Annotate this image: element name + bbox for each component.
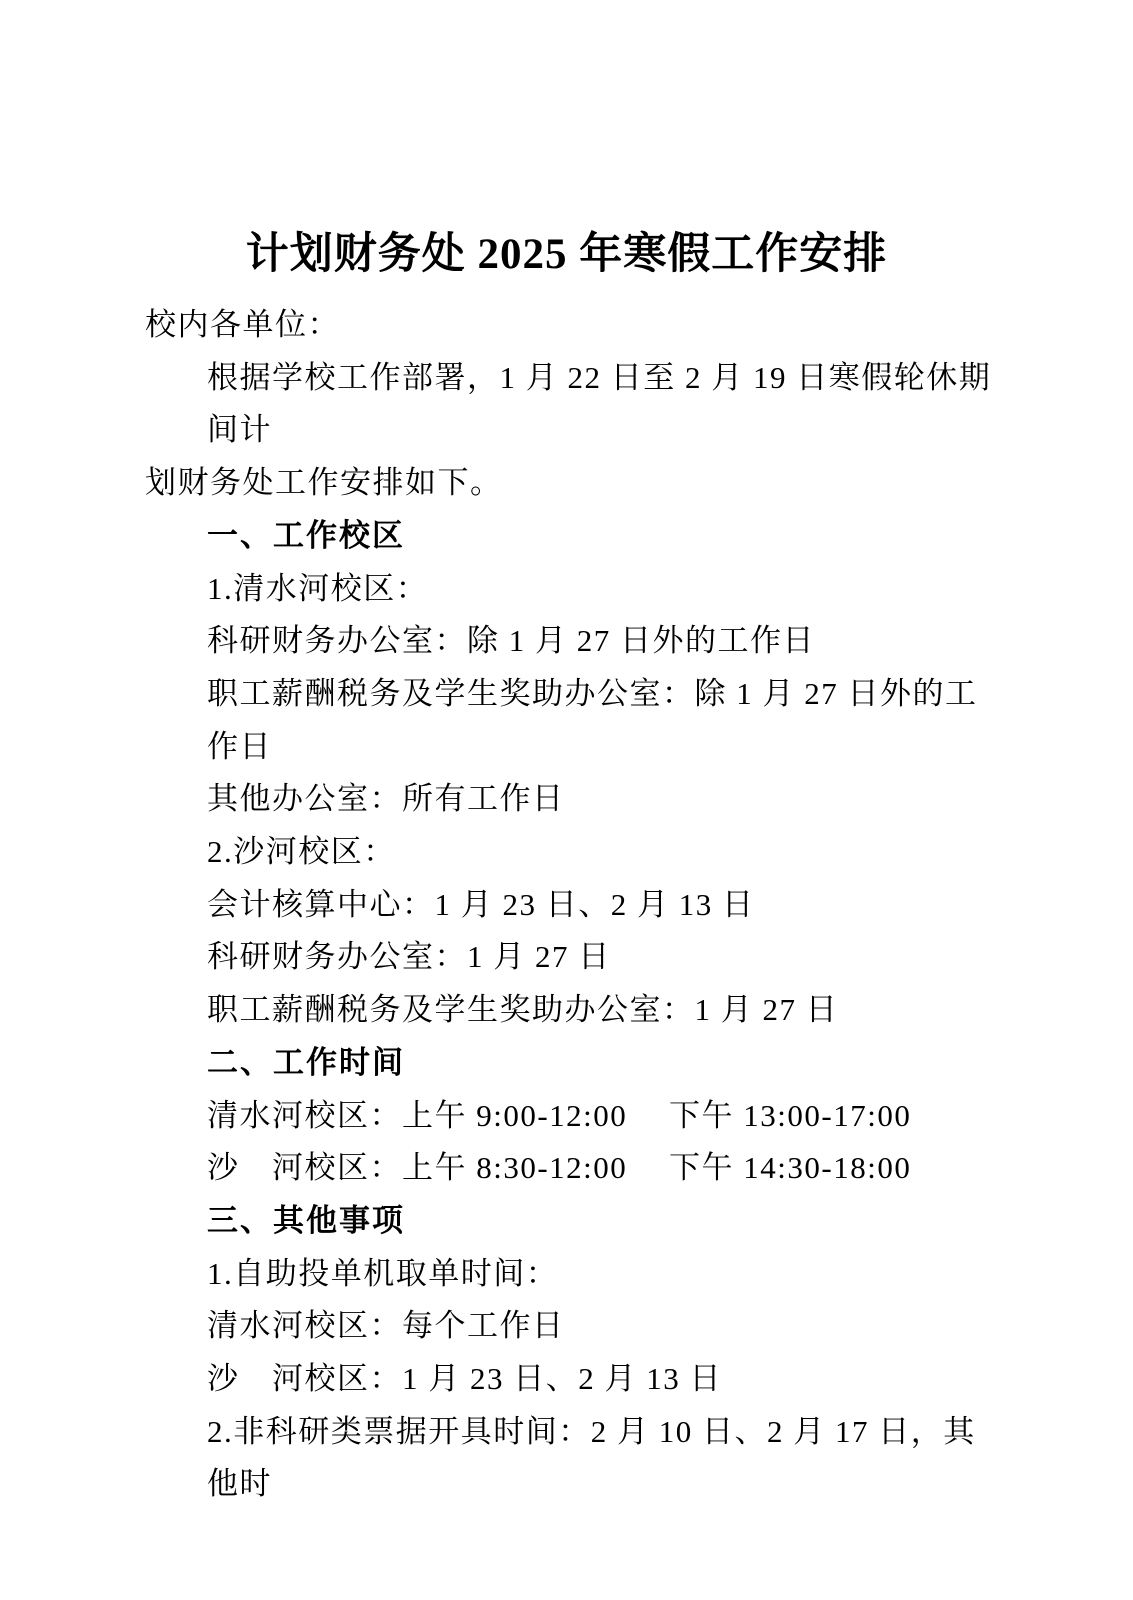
document-line: 1.自助投单机取单时间： (145, 1248, 1005, 1301)
document-line: 科研财务办公室：除 1 月 27 日外的工作日 (145, 615, 1005, 668)
document-line: 1.清水河校区： (145, 563, 1005, 616)
document-line: 2.非科研类票据开具时间：2 月 10 日、2 月 17 日，其他时 (145, 1406, 1005, 1511)
section-heading: 一、工作校区 (145, 510, 1005, 563)
document-body: 校内各单位：根据学校工作部署，1 月 22 日至 2 月 19 日寒假轮休期间计… (145, 299, 1005, 1511)
document-line: 沙 河校区：上午 8:30-12:00 下午 14:30-18:00 (145, 1142, 1005, 1195)
document-line: 职工薪酬税务及学生奖助办公室：1 月 27 日 (145, 984, 1005, 1037)
document-line: 清水河校区：每个工作日 (145, 1300, 1005, 1353)
document-line: 校内各单位： (145, 299, 1005, 352)
document-line: 沙 河校区：1 月 23 日、2 月 13 日 (145, 1353, 1005, 1406)
document-line: 职工薪酬税务及学生奖助办公室：除 1 月 27 日外的工作日 (145, 668, 1005, 773)
section-heading: 二、工作时间 (145, 1037, 1005, 1090)
document-line: 其他办公室：所有工作日 (145, 773, 1005, 826)
section-heading: 三、其他事项 (145, 1195, 1005, 1248)
document-line: 根据学校工作部署，1 月 22 日至 2 月 19 日寒假轮休期间计 (145, 352, 1005, 457)
document-title: 计划财务处 2025 年寒假工作安排 (0, 220, 1133, 281)
document-line: 清水河校区：上午 9:00-12:00 下午 13:00-17:00 (145, 1090, 1005, 1143)
document-line: 2.沙河校区： (145, 826, 1005, 879)
document-line: 科研财务办公室：1 月 27 日 (145, 931, 1005, 984)
document-page: 计划财务处 2025 年寒假工作安排 校内各单位：根据学校工作部署，1 月 22… (0, 0, 1133, 1600)
document-line: 会计核算中心：1 月 23 日、2 月 13 日 (145, 879, 1005, 932)
document-line: 划财务处工作安排如下。 (145, 457, 1005, 510)
